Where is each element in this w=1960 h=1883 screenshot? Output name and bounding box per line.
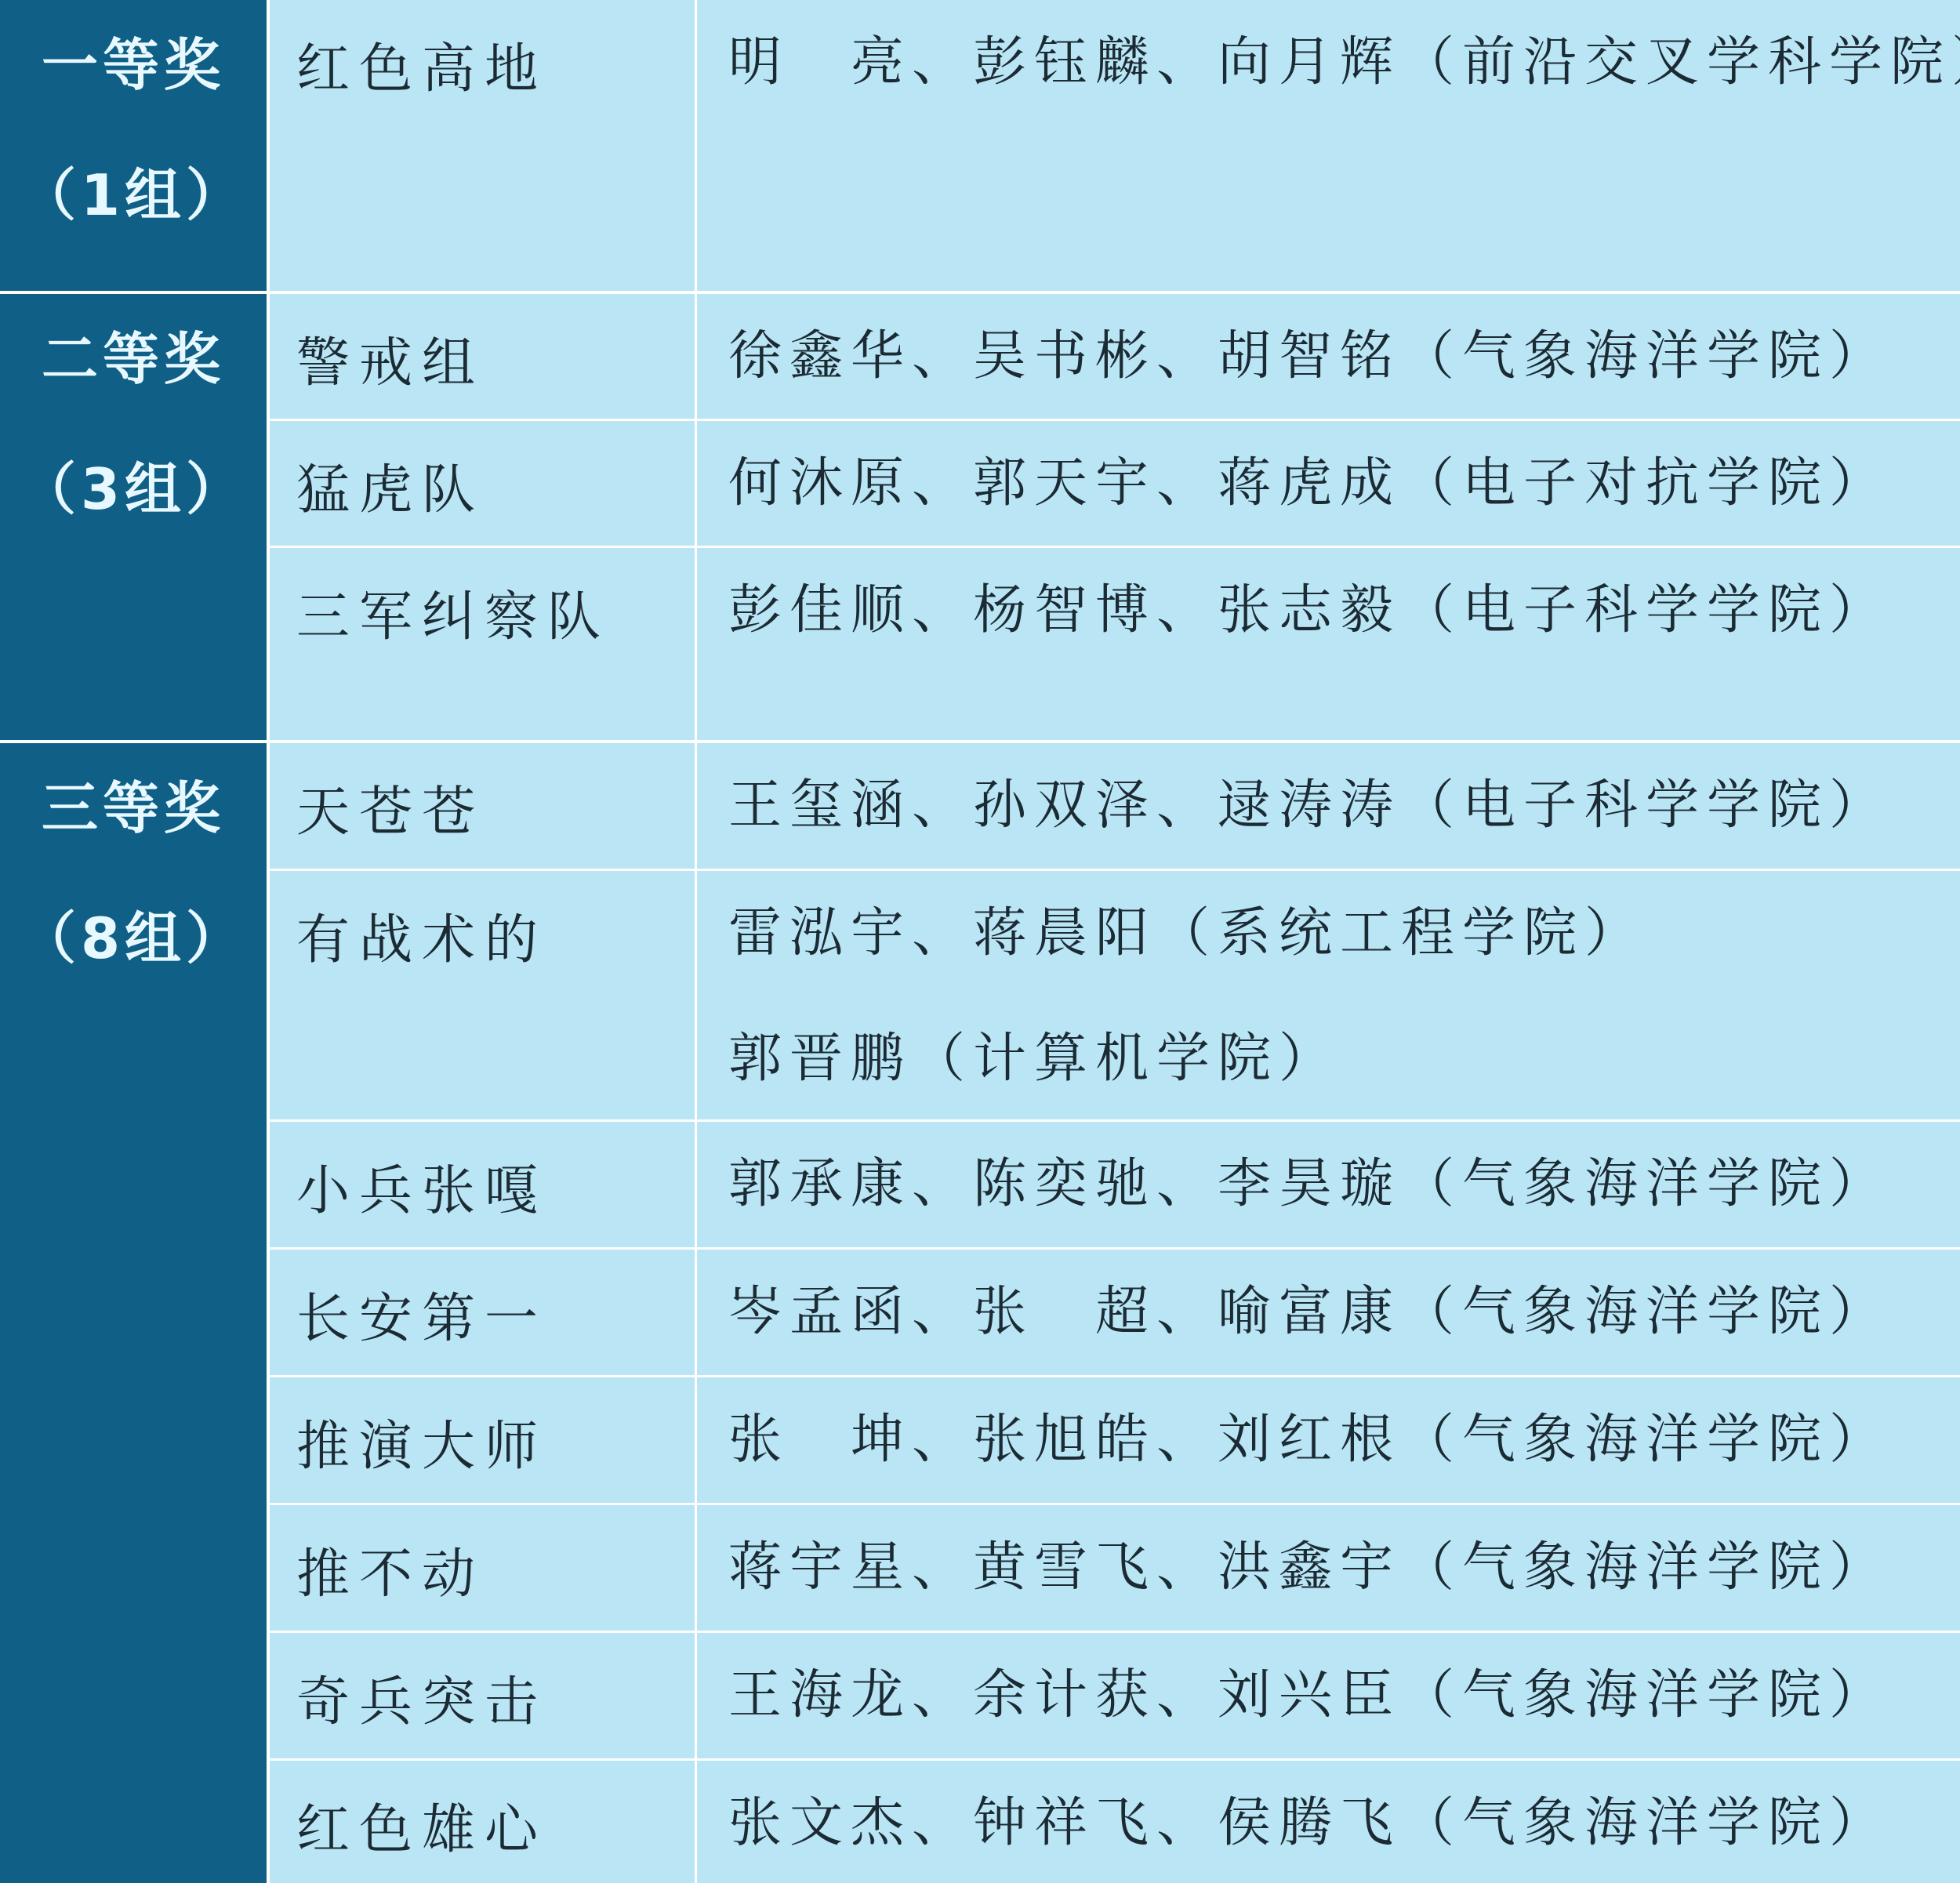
prize-title: 三等奖: [0, 773, 267, 844]
members-line: 王海龙、余计获、刘兴臣（气象海洋学院）: [728, 1660, 1960, 1732]
members-line: 王玺涵、孙双泽、逯涛涛（电子科学学院）: [728, 770, 1960, 842]
table-row: 警戒组 徐鑫华、吴书彬、胡智铭（气象海洋学院）: [270, 294, 1960, 419]
team-members: 王海龙、余计获、刘兴臣（气象海洋学院）: [697, 1633, 1960, 1758]
team-name: 警戒组: [270, 294, 695, 419]
table-row: 奇兵突击 王海龙、余计获、刘兴臣（气象海洋学院）: [270, 1633, 1960, 1758]
team-members: 郭承康、陈奕驰、李昊璇（气象海洋学院）: [697, 1122, 1960, 1247]
first-prize-section: 一等奖 （1组） 红色高地 明 亮、彭钰麟、向月辉（前沿交叉学科学院）: [0, 0, 1960, 291]
members-line: 彭佳顺、杨智博、张志毅（电子科学学院）: [728, 575, 1960, 647]
table-row: 推演大师 张 坤、张旭皓、刘红根（气象海洋学院）: [270, 1377, 1960, 1503]
members-line: 蒋宇星、黄雪飞、洪鑫宇（气象海洋学院）: [728, 1532, 1960, 1604]
team-name: 小兵张嘎: [270, 1122, 695, 1247]
team-members: 岑孟函、张 超、喻富康（气象海洋学院）: [697, 1250, 1960, 1375]
table-row: 有战术的 雷泓宇、蒋晨阳（系统工程学院） 郭晋鹏（计算机学院）: [270, 871, 1960, 1119]
team-members: 蒋宇星、黄雪飞、洪鑫宇（气象海洋学院）: [697, 1505, 1960, 1631]
members-line: 郭承康、陈奕驰、李昊璇（气象海洋学院）: [728, 1148, 1960, 1221]
team-name: 红色雄心: [270, 1761, 695, 1883]
members-line: 郭晋鹏（计算机学院）: [728, 1023, 1960, 1095]
second-prize-section: 二等奖 （3组） 警戒组 徐鑫华、吴书彬、胡智铭（气象海洋学院） 猛虎队 何沐原…: [0, 294, 1960, 740]
team-members: 张 坤、张旭皓、刘红根（气象海洋学院）: [697, 1377, 1960, 1503]
team-name: 红色高地: [270, 0, 695, 291]
team-name: 天苍苍: [270, 743, 695, 869]
team-name: 有战术的: [270, 871, 695, 1119]
team-name: 三军纠察队: [270, 548, 695, 740]
team-name: 猛虎队: [270, 421, 695, 546]
prize-label-cell: 二等奖 （3组）: [0, 294, 267, 740]
members-line: 雷泓宇、蒋晨阳（系统工程学院）: [728, 898, 1960, 970]
prize-group-count: （3组）: [0, 454, 267, 524]
members-line: 张文杰、钟祥飞、侯腾飞（气象海洋学院）: [728, 1787, 1960, 1859]
team-name: 奇兵突击: [270, 1633, 695, 1758]
third-prize-section: 三等奖 （8组） 天苍苍 王玺涵、孙双泽、逯涛涛（电子科学学院） 有战术的 雷泓…: [0, 743, 1960, 1883]
table-row: 长安第一 岑孟函、张 超、喻富康（气象海洋学院）: [270, 1250, 1960, 1375]
members-line: 徐鑫华、吴书彬、胡智铭（气象海洋学院）: [728, 321, 1960, 393]
team-members: 彭佳顺、杨智博、张志毅（电子科学学院）: [697, 548, 1960, 740]
prize-label-cell: 三等奖 （8组）: [0, 743, 267, 1883]
members-line: 张 坤、张旭皓、刘红根（气象海洋学院）: [728, 1404, 1960, 1476]
table-row: 红色高地 明 亮、彭钰麟、向月辉（前沿交叉学科学院）: [270, 0, 1960, 291]
table-row: 猛虎队 何沐原、郭天宇、蒋虎成（电子对抗学院）: [270, 421, 1960, 546]
team-name: 推不动: [270, 1505, 695, 1631]
team-members: 雷泓宇、蒋晨阳（系统工程学院） 郭晋鹏（计算机学院）: [697, 871, 1960, 1119]
members-line: 何沐原、郭天宇、蒋虎成（电子对抗学院）: [728, 448, 1960, 520]
team-members: 徐鑫华、吴书彬、胡智铭（气象海洋学院）: [697, 294, 1960, 419]
members-line: 岑孟函、张 超、喻富康（气象海洋学院）: [728, 1276, 1960, 1348]
awards-table: 一等奖 （1组） 红色高地 明 亮、彭钰麟、向月辉（前沿交叉学科学院） 二等奖 …: [0, 0, 1960, 1883]
prize-group-count: （8组）: [0, 903, 267, 974]
team-members: 张文杰、钟祥飞、侯腾飞（气象海洋学院）: [697, 1761, 1960, 1883]
prize-rows: 警戒组 徐鑫华、吴书彬、胡智铭（气象海洋学院） 猛虎队 何沐原、郭天宇、蒋虎成（…: [270, 294, 1960, 740]
table-row: 三军纠察队 彭佳顺、杨智博、张志毅（电子科学学院）: [270, 548, 1960, 740]
prize-rows: 红色高地 明 亮、彭钰麟、向月辉（前沿交叉学科学院）: [270, 0, 1960, 291]
table-row: 推不动 蒋宇星、黄雪飞、洪鑫宇（气象海洋学院）: [270, 1505, 1960, 1631]
team-members: 何沐原、郭天宇、蒋虎成（电子对抗学院）: [697, 421, 1960, 546]
table-row: 红色雄心 张文杰、钟祥飞、侯腾飞（气象海洋学院）: [270, 1761, 1960, 1883]
prize-label-cell: 一等奖 （1组）: [0, 0, 267, 291]
team-name: 推演大师: [270, 1377, 695, 1503]
team-members: 王玺涵、孙双泽、逯涛涛（电子科学学院）: [697, 743, 1960, 869]
table-row: 小兵张嘎 郭承康、陈奕驰、李昊璇（气象海洋学院）: [270, 1122, 1960, 1247]
prize-group-count: （1组）: [0, 160, 267, 230]
prize-title: 一等奖: [0, 30, 267, 100]
team-name: 长安第一: [270, 1250, 695, 1375]
table-row: 天苍苍 王玺涵、孙双泽、逯涛涛（电子科学学院）: [270, 743, 1960, 869]
team-members: 明 亮、彭钰麟、向月辉（前沿交叉学科学院）: [697, 0, 1960, 291]
prize-title: 二等奖: [0, 324, 267, 394]
prize-rows: 天苍苍 王玺涵、孙双泽、逯涛涛（电子科学学院） 有战术的 雷泓宇、蒋晨阳（系统工…: [270, 743, 1960, 1883]
members-line: 明 亮、彭钰麟、向月辉（前沿交叉学科学院）: [728, 27, 1960, 99]
